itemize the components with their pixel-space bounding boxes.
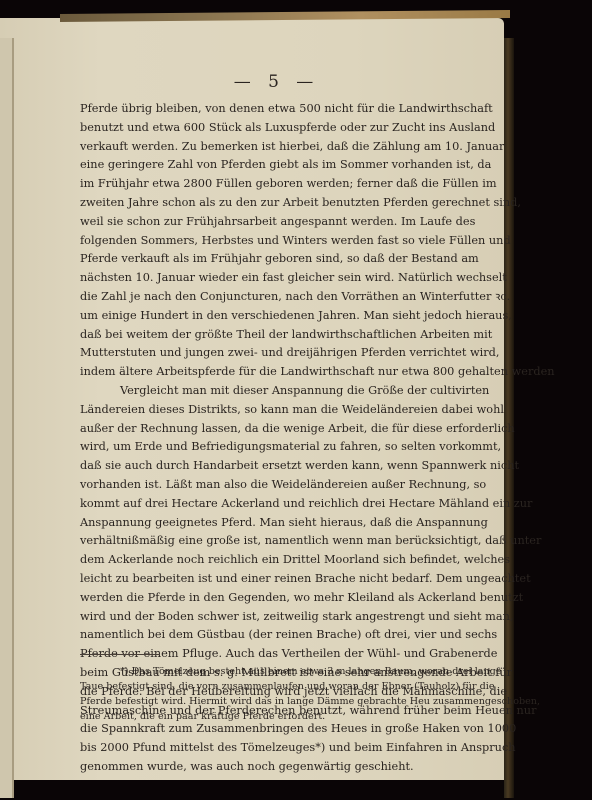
paragraph: Pferde übrig bleiben, von denen etwa 500… [80,100,473,382]
text-line: Ländereien dieses Distrikts, so kann man… [80,401,473,420]
text-line: folgenden Sommers, Herbstes und Winters … [80,232,473,251]
text-line: Vergleicht man mit dieser Anspannung die… [80,382,473,401]
text-line: genommen wurde, was auch noch gegenwärti… [80,758,473,777]
text-line: Mutterstuten und jungen zwei- und dreijä… [80,344,473,363]
page-gutter [12,38,14,798]
footnote-line: *) Das Tömelzeug besteht aus einem etwa … [80,664,473,679]
text-line: wird, um Erde und Befriedigungsmaterial … [80,438,473,457]
text-line: zweiten Jahre schon als zu den zur Arbei… [80,194,473,213]
footnote-line: Taue befestigt sind, die vorn zusammenla… [80,679,473,694]
text-line: werden die Pferde in den Gegenden, wo me… [80,589,473,608]
text-line: wird und der Boden schwer ist, zeitweili… [80,608,473,627]
page-number: — 5 — [80,72,473,92]
text-line: die Zahl je nach den Conjuncturen, nach … [80,288,473,307]
text-line: dem Ackerlande noch reichlich ein Dritte… [80,551,473,570]
text-line: weil sie schon zur Frühjahrsarbeit anges… [80,213,473,232]
text-line: verhältnißmäßig eine große ist, namentli… [80,532,473,551]
footnote: *) Das Tömelzeug besteht aus einem etwa … [80,664,473,724]
text-line: indem ältere Arbeitspferde für die Landw… [80,363,473,382]
text-line: kommt auf drei Hectare Ackerland und rei… [80,495,473,514]
footnote-divider [80,654,160,655]
text-line: um einige Hundert in den verschiedenen J… [80,307,473,326]
text-line: bis 2000 Pfund mittelst des Tömelzeuges*… [80,739,473,758]
text-line: namentlich bei dem Güstbau (der reinen B… [80,626,473,645]
text-line: daß sie auch durch Handarbeit ersetzt we… [80,457,473,476]
text-line: Anspannung geeignetes Pferd. Man sieht h… [80,514,473,533]
text-line: leicht zu bearbeiten ist und einer reine… [80,570,473,589]
footnote-line: eine Arbeit, die ein paar kräftige Pferd… [80,709,473,724]
footnote-line: Pferde befestigt wird. Hiermit wird das … [80,694,473,709]
text-line: Pferde übrig bleiben, von denen etwa 500… [80,100,473,119]
previous-page-edge [0,38,12,798]
book-binding-edge [504,38,514,798]
text-line: Pferde verkauft als im Frühjahr geboren … [80,250,473,269]
text-line: verkauft werden. Zu bemerken ist hierbei… [80,138,473,157]
text-line: nächsten 10. Januar wieder ein fast glei… [80,269,473,288]
text-line: im Frühjahr etwa 2800 Füllen geboren wer… [80,175,473,194]
text-line: benutzt und etwa 600 Stück als Luxuspfer… [80,119,473,138]
text-line: außer der Rechnung lassen, da die wenige… [80,420,473,439]
text-line: vorhanden ist. Läßt man also die Weidelä… [80,476,473,495]
text-line: daß bei weitem der größte Theil der land… [80,326,473,345]
text-line: eine geringere Zahl von Pferden giebt al… [80,156,473,175]
